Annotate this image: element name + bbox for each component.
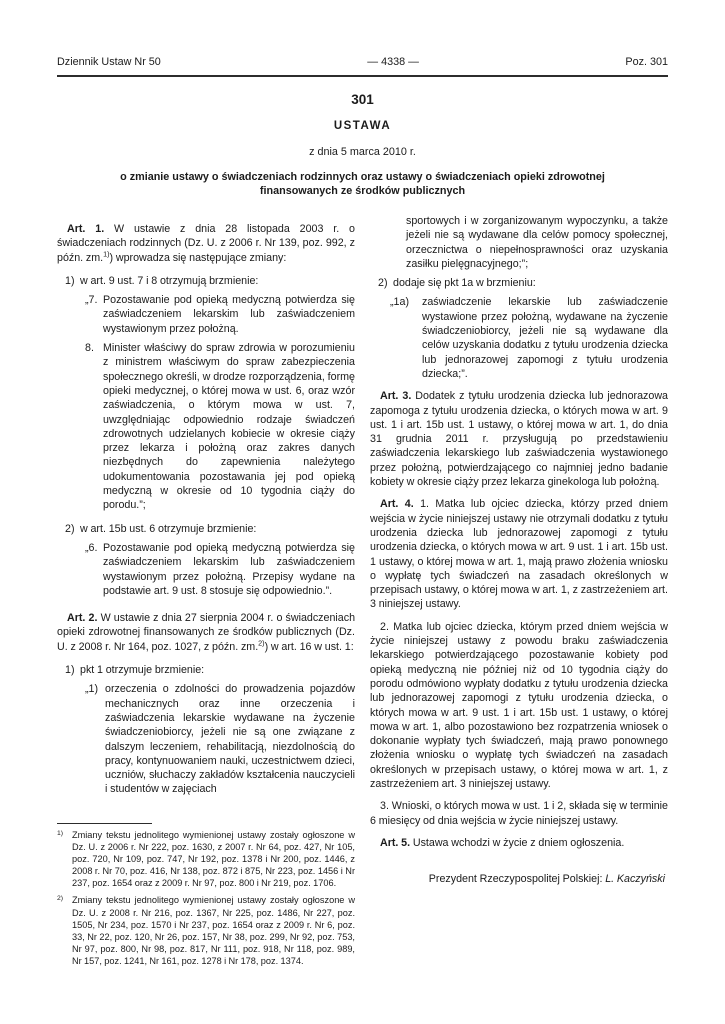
two-column-body: Art. 1. W ustawie z dnia 28 listopada 20… [57, 214, 668, 976]
doc-header: Dziennik Ustaw Nr 50 — 4338 — Poz. 301 [57, 57, 668, 68]
paragraph-text: 3. Wnioski, o których mowa w ust. 1 i 2,… [370, 800, 668, 826]
article-1-text-after: ) wprowadza się następujące zmiany: [110, 252, 287, 264]
signature-line: Prezydent Rzeczypospolitej Polskiej: L. … [370, 872, 668, 886]
act-number: 301 [57, 92, 668, 107]
article-2-text-after: ) w art. 16 w ust. 1: [265, 641, 354, 653]
quote-marker: 8. [85, 341, 94, 355]
amendment-item-1: 1)w art. 9 ust. 7 i 8 otrzymują brzmieni… [57, 274, 355, 288]
quote-marker: „1) [85, 682, 98, 696]
footnote-marker: 1) [57, 828, 63, 840]
item-text: w art. 9 ust. 7 i 8 otrzymują brzmienie: [80, 275, 258, 287]
quote-marker: „1a) [390, 295, 409, 309]
act-title: o zmianie ustawy o świadczeniach rodzinn… [82, 171, 644, 198]
article-4-paragraph-1: Art. 4. 1. Matka lub ojciec dziecka, któ… [370, 497, 668, 611]
quote-marker: „6. [85, 541, 97, 555]
footnote-1: 1)Zmiany tekstu jednolitego wymienionej … [57, 829, 355, 889]
position-number: Poz. 301 [625, 57, 668, 68]
left-column: Art. 1. W ustawie z dnia 28 listopada 20… [57, 214, 355, 976]
gazette-page: Dziennik Ustaw Nr 50 — 4338 — Poz. 301 3… [0, 0, 725, 1024]
footnote-block: 1)Zmiany tekstu jednolitego wymienionej … [57, 823, 355, 976]
quoted-provision-1a: „1a)zaświadczenie lekarskie lub zaświadc… [370, 295, 668, 381]
quote-text: orzeczenia o zdolności do prowadzenia po… [105, 683, 355, 795]
article-5-text: Ustawa wchodzi w życie z dniem ogłoszeni… [410, 837, 624, 849]
quote-text: zaświadczenie lekarskie lub zaświadczeni… [422, 296, 668, 379]
header-rule [57, 75, 668, 77]
quote-text: sportowych i w zorganizowanym wypoczynku… [406, 215, 668, 270]
article-3-text: Dodatek z tytułu urodzenia dziecka lub j… [370, 390, 668, 488]
act-type: USTAWA [57, 120, 668, 132]
quoted-provision-8: 8.Minister właściwy do spraw zdrowia w p… [57, 341, 355, 513]
item-text: pkt 1 otrzymuje brzmienie: [80, 664, 204, 676]
item-marker: 2) [65, 522, 75, 536]
right-column: sportowych i w zorganizowanym wypoczynku… [370, 214, 668, 976]
amendment-item-3: 1)pkt 1 otrzymuje brzmienie: [57, 663, 355, 677]
quote-text: Minister właściwy do spraw zdrowia w por… [103, 342, 355, 511]
footnote-text: Zmiany tekstu jednolitego wymienionej us… [72, 830, 355, 888]
quote-text: Pozostawanie pod opieką medyczną potwier… [103, 542, 355, 597]
article-2-label: Art. 2. [67, 612, 97, 624]
item-marker: 2) [378, 276, 388, 290]
act-date: z dnia 5 marca 2010 r. [57, 146, 668, 158]
article-1-paragraph: Art. 1. W ustawie z dnia 28 listopada 20… [57, 222, 355, 265]
article-5-label: Art. 5. [380, 837, 410, 849]
signature-title: Prezydent Rzeczypospolitej Polskiej: [429, 873, 605, 885]
amendment-item-2: 2)w art. 15b ust. 6 otrzymuje brzmienie: [57, 522, 355, 536]
footnote-separator [57, 823, 152, 824]
footnote-2: 2)Zmiany tekstu jednolitego wymienionej … [57, 894, 355, 967]
item-marker: 1) [65, 274, 75, 288]
amendment-item-2-right: 2)dodaje się pkt 1a w brzmieniu: [370, 276, 668, 290]
signature-name: L. Kaczyński [605, 873, 665, 885]
article-4-label: Art. 4. [380, 498, 414, 510]
article-4-paragraph-3: 3. Wnioski, o których mowa w ust. 1 i 2,… [370, 799, 668, 828]
item-text: w art. 15b ust. 6 otrzymuje brzmienie: [80, 523, 256, 535]
paragraph-text: 2. Matka lub ojciec dziecka, którym prze… [370, 621, 668, 790]
article-3-label: Art. 3. [380, 390, 411, 402]
article-2-paragraph: Art. 2. W ustawie z dnia 27 sierpnia 200… [57, 611, 355, 654]
quoted-provision-6: „6.Pozostawanie pod opieką medyczną potw… [57, 541, 355, 598]
quoted-provision-1-continuation: sportowych i w zorganizowanym wypoczynku… [370, 214, 668, 271]
footnote-text: Zmiany tekstu jednolitego wymienionej us… [72, 895, 355, 965]
item-text: dodaje się pkt 1a w brzmieniu: [393, 277, 536, 289]
article-3-paragraph: Art. 3. Dodatek z tytułu urodzenia dziec… [370, 389, 668, 489]
footnote-marker: 2) [57, 893, 63, 905]
article-5-paragraph: Art. 5. Ustawa wchodzi w życie z dniem o… [370, 836, 668, 850]
quoted-provision-1: „1)orzeczenia o zdolności do prowadzenia… [57, 682, 355, 796]
item-marker: 1) [65, 663, 75, 677]
article-4-paragraph-2: 2. Matka lub ojciec dziecka, którym prze… [370, 620, 668, 792]
quote-marker: „7. [85, 293, 97, 307]
quoted-provision-7: „7.Pozostawanie pod opieką medyczną potw… [57, 293, 355, 336]
article-4-text: 1. Matka lub ojciec dziecka, którzy prze… [370, 498, 668, 610]
article-1-label: Art. 1. [67, 223, 104, 235]
page-number: — 4338 — [367, 57, 419, 68]
journal-title: Dziennik Ustaw Nr 50 [57, 57, 161, 68]
quote-text: Pozostawanie pod opieką medyczną potwier… [103, 294, 355, 335]
